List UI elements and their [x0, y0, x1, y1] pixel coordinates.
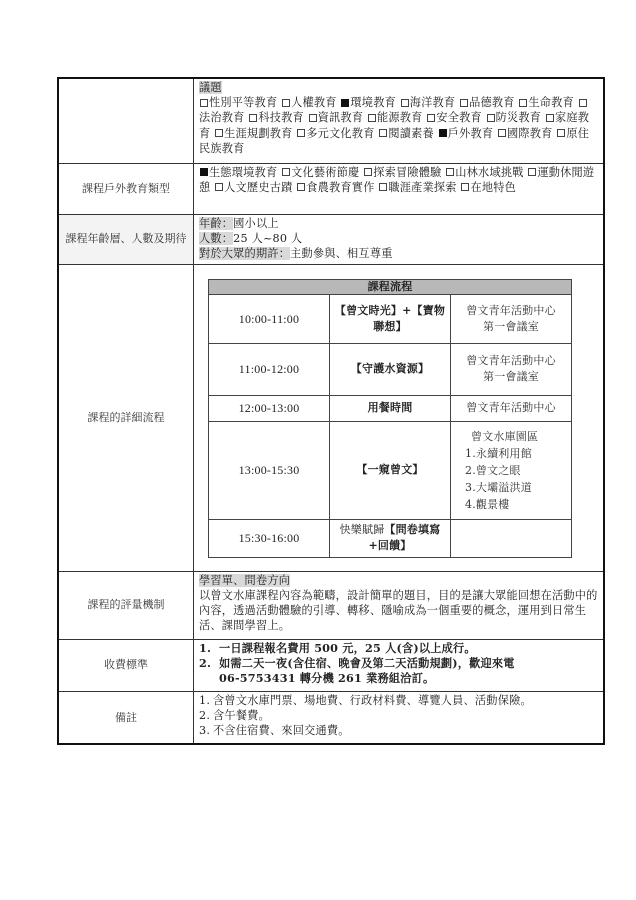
outdoor-type-option-label: 食農教育實作	[306, 181, 374, 194]
age-cell: 年齡：國小以上 人數：25 人~80 人 對於大眾的期許：主動參與、相互尊重	[194, 214, 605, 264]
schedule-row-3: 12:00-13:00 用餐時間 曾文青年活動中心	[209, 395, 572, 421]
checkbox-unchecked-icon[interactable]	[427, 114, 435, 122]
topic-option-label: 科技教育	[258, 111, 304, 124]
checkbox-unchecked-icon[interactable]	[282, 168, 290, 176]
schedule-location	[451, 519, 572, 557]
outdoor-type-option[interactable]: 山林水域挑戰	[445, 166, 523, 179]
topic-option-label: 防災教育	[496, 111, 542, 124]
count-label: 人數：	[199, 232, 233, 245]
outdoor-type-option[interactable]: 食農教育實作	[296, 181, 374, 194]
schedule-row-1: 10:00-11:00 【曾文時光】+【寶物聯想】 曾文青年活動中心 第一會議室	[209, 294, 572, 343]
checkbox-unchecked-icon[interactable]	[546, 114, 554, 122]
schedule-location: 曾文水庫園區 1.永續利用館 2.曾文之眼 3.大壩溢洪道 4.觀景樓	[451, 421, 572, 519]
location-line: 曾文青年活動中心	[454, 353, 568, 369]
checkbox-unchecked-icon[interactable]	[460, 99, 468, 107]
topic-option-label: 法治教育	[199, 111, 245, 124]
schedule-table: 課程流程 10:00-11:00 【曾文時光】+【寶物聯想】 曾文青年活動中心 …	[208, 279, 572, 558]
checkbox-checked-icon[interactable]	[200, 168, 208, 176]
evaluation-row-label: 課程的評量機制	[58, 571, 194, 639]
checkbox-unchecked-icon[interactable]	[498, 129, 506, 137]
outdoor-type-option[interactable]: 探索冒險體驗	[363, 166, 441, 179]
schedule-activity: 【守護水資源】	[330, 343, 451, 395]
outdoor-type-option-label: 山林水域挑戰	[455, 166, 523, 179]
outdoor-type-option-label: 生態環境教育	[209, 166, 277, 179]
notes-row: 備註 1.含曾文水庫門票、場地費、行政材料費、導覽人員、活動保險。 2.含午餐費…	[58, 691, 604, 744]
location-line: 曾文水庫園區	[465, 428, 568, 445]
topics-cell: 議題 性別平等教育 人權教育 環境教育 海洋教育 品德教育 生命教育 法治教育 …	[194, 78, 605, 163]
schedule-table-title: 課程流程	[209, 279, 572, 294]
checkbox-unchecked-icon[interactable]	[249, 114, 257, 122]
outdoor-type-option-label: 職涯產業探索	[388, 181, 456, 194]
evaluation-cell: 學習單、問卷方向 以曾文水庫課程內容為範疇，設計簡單的題目，目的是讓大眾能回想在…	[194, 571, 605, 639]
schedule-time: 11:00-12:00	[209, 343, 330, 395]
checkbox-unchecked-icon[interactable]	[446, 168, 454, 176]
topic-option-label: 環境教育	[350, 96, 396, 109]
checkbox-unchecked-icon[interactable]	[215, 183, 223, 191]
fee-cell: 1.一日課程報名費用 500 元，25 人(含)以上成行。 2.如需二天一夜(含…	[194, 639, 605, 691]
topic-option-label: 閱讀素養	[388, 127, 434, 140]
checkbox-unchecked-icon[interactable]	[557, 129, 565, 137]
topic-option[interactable]: 性別平等教育	[199, 96, 277, 109]
topics-row-label	[58, 78, 194, 163]
topic-option-label: 多元文化教育	[306, 127, 374, 140]
expectation-label: 對於大眾的期許：	[199, 247, 290, 260]
location-line: 第一會議室	[454, 319, 568, 335]
location-line: 2.曾文之眼	[465, 462, 568, 479]
topic-option[interactable]: 人權教育	[281, 96, 337, 109]
schedule-row-label: 課程的詳細流程	[58, 264, 194, 571]
topics-checkbox-list: 性別平等教育 人權教育 環境教育 海洋教育 品德教育 生命教育 法治教育 科技教…	[199, 96, 589, 155]
expectation-value: 主動參與、相互尊重	[290, 247, 393, 260]
checkbox-unchecked-icon[interactable]	[487, 114, 495, 122]
outdoor-type-cell: 生態環境教育 文化藝術節慶 探索冒險體驗 山林水域挑戰 運動休閒遊憩 人文歷史古…	[194, 163, 605, 214]
schedule-time: 15:30-16:00	[209, 519, 330, 557]
topic-option-label: 國際教育	[507, 127, 553, 140]
course-info-table: 議題 性別平等教育 人權教育 環境教育 海洋教育 品德教育 生命教育 法治教育 …	[57, 77, 605, 745]
topic-option-label: 資訊教育	[318, 111, 364, 124]
topic-option[interactable]: 環境教育	[340, 96, 396, 109]
schedule-location: 曾文青年活動中心 第一會議室	[451, 343, 572, 395]
age-label: 年齡：	[199, 217, 233, 230]
note-item-3: 3.不含住宿費、來回交通費。	[199, 723, 598, 738]
schedule-time: 13:00-15:30	[209, 421, 330, 519]
topic-option[interactable]: 品德教育	[459, 96, 515, 109]
location-line: 曾文青年活動中心	[454, 303, 568, 319]
schedule-row-2: 11:00-12:00 【守護水資源】 曾文青年活動中心 第一會議室	[209, 343, 572, 395]
checkbox-unchecked-icon[interactable]	[364, 168, 372, 176]
topic-option-label: 能源教育	[377, 111, 423, 124]
topic-option[interactable]: 能源教育	[367, 111, 423, 124]
fee-row: 收費標準 1.一日課程報名費用 500 元，25 人(含)以上成行。 2.如需二…	[58, 639, 604, 691]
schedule-location: 曾文青年活動中心 第一會議室	[451, 294, 572, 343]
topic-option-label: 海洋教育	[410, 96, 456, 109]
topic-option[interactable]: 生命教育	[518, 96, 574, 109]
checkbox-unchecked-icon[interactable]	[297, 183, 305, 191]
topic-option[interactable]: 國際教育	[497, 127, 553, 140]
activity-prefix: 快樂賦歸	[340, 523, 385, 536]
outdoor-type-label: 課程戶外教育類型	[58, 163, 194, 214]
document-page: 議題 性別平等教育 人權教育 環境教育 海洋教育 品德教育 生命教育 法治教育 …	[0, 0, 636, 900]
outdoor-type-option-label: 文化藝術節慶	[291, 166, 359, 179]
topic-option-label: 安全教育	[436, 111, 482, 124]
topic-option-label: 性別平等教育	[209, 96, 277, 109]
age-row-label: 課程年齡層、人數及期待	[58, 214, 194, 264]
checkbox-checked-icon[interactable]	[439, 129, 447, 137]
schedule-time: 10:00-11:00	[209, 294, 330, 343]
outdoor-type-option-label: 人文歷史古蹟	[224, 181, 292, 194]
checkbox-unchecked-icon[interactable]	[519, 99, 527, 107]
outdoor-type-option-label: 在地特色	[470, 181, 516, 194]
outdoor-type-option[interactable]: 生態環境教育	[199, 166, 277, 179]
topic-option-label: 生涯規劃教育	[224, 127, 292, 140]
topic-option[interactable]: 海洋教育	[400, 96, 456, 109]
evaluation-heading: 學習單、問卷方向	[199, 574, 290, 587]
location-line: 3.大壩溢洪道	[465, 479, 568, 496]
fee-item-1: 1.一日課程報名費用 500 元，25 人(含)以上成行。	[199, 641, 598, 656]
schedule-activity: 用餐時間	[330, 395, 451, 421]
outdoor-type-checkbox-list: 生態環境教育 文化藝術節慶 探索冒險體驗 山林水域挑戰 運動休閒遊憩 人文歷史古…	[199, 166, 594, 194]
checkbox-unchecked-icon[interactable]	[309, 114, 317, 122]
checkbox-unchecked-icon[interactable]	[579, 99, 587, 107]
topic-option[interactable]: 閱讀素養	[378, 127, 434, 140]
notes-cell: 1.含曾文水庫門票、場地費、行政材料費、導覽人員、活動保險。 2.含午餐費。 3…	[194, 691, 605, 744]
location-line: 第一會議室	[454, 369, 568, 385]
outdoor-type-option[interactable]: 職涯產業探索	[378, 181, 456, 194]
outdoor-type-row: 課程戶外教育類型 生態環境教育 文化藝術節慶 探索冒險體驗 山林水域挑戰 運動休…	[58, 163, 604, 214]
checkbox-checked-icon[interactable]	[341, 99, 349, 107]
topic-option[interactable]: 安全教育	[426, 111, 482, 124]
fee-item-2-contact: 06-5753431 轉分機 261 業務組洽訂。	[199, 671, 598, 686]
notes-row-label: 備註	[58, 691, 194, 744]
age-row: 課程年齡層、人數及期待 年齡：國小以上 人數：25 人~80 人 對於大眾的期許…	[58, 214, 604, 264]
topic-option[interactable]: 生涯規劃教育	[214, 127, 292, 140]
checkbox-unchecked-icon[interactable]	[297, 129, 305, 137]
topics-heading: 議題	[199, 81, 222, 94]
outdoor-type-option[interactable]: 文化藝術節慶	[281, 166, 359, 179]
location-line: 4.觀景樓	[465, 496, 568, 513]
schedule-row: 課程的詳細流程 課程流程 10:00-11:00 【曾文時光】+【寶物聯想】 曾…	[58, 264, 604, 571]
topics-row: 議題 性別平等教育 人權教育 環境教育 海洋教育 品德教育 生命教育 法治教育 …	[58, 78, 604, 163]
checkbox-unchecked-icon[interactable]	[401, 99, 409, 107]
location-line: 1.永續利用館	[465, 445, 568, 462]
topic-option[interactable]: 科技教育	[248, 111, 304, 124]
topic-option-label: 生命教育	[528, 96, 574, 109]
checkbox-unchecked-icon[interactable]	[200, 99, 208, 107]
topic-option[interactable]: 資訊教育	[308, 111, 364, 124]
outdoor-type-option[interactable]: 人文歷史古蹟	[214, 181, 292, 194]
checkbox-unchecked-icon[interactable]	[215, 129, 223, 137]
topic-option-label: 品德教育	[469, 96, 515, 109]
schedule-cell: 課程流程 10:00-11:00 【曾文時光】+【寶物聯想】 曾文青年活動中心 …	[194, 264, 605, 571]
checkbox-unchecked-icon[interactable]	[528, 168, 536, 176]
schedule-row-5: 15:30-16:00 快樂賦歸【問卷填寫+回饋】	[209, 519, 572, 557]
outdoor-type-option[interactable]: 在地特色	[460, 181, 516, 194]
schedule-activity: 快樂賦歸【問卷填寫+回饋】	[330, 519, 451, 557]
schedule-location: 曾文青年活動中心	[451, 395, 572, 421]
schedule-activity: 【曾文時光】+【寶物聯想】	[330, 294, 451, 343]
checkbox-unchecked-icon[interactable]	[379, 129, 387, 137]
fee-item-2: 2.如需二天一夜(含住宿、晚會及第二天活動規劃)，歡迎來電	[199, 656, 598, 671]
topic-option[interactable]: 防災教育	[486, 111, 542, 124]
topic-option[interactable]: 戶外教育	[438, 127, 494, 140]
schedule-row-4: 13:00-15:30 【一窺曾文】 曾文水庫園區 1.永續利用館 2.曾文之眼…	[209, 421, 572, 519]
schedule-activity: 【一窺曾文】	[330, 421, 451, 519]
checkbox-unchecked-icon[interactable]	[379, 183, 387, 191]
location-line: 曾文青年活動中心	[454, 400, 568, 416]
checkbox-unchecked-icon[interactable]	[282, 99, 290, 107]
fee-row-label: 收費標準	[58, 639, 194, 691]
topic-option-label: 戶外教育	[448, 127, 494, 140]
checkbox-unchecked-icon[interactable]	[461, 183, 469, 191]
evaluation-row: 課程的評量機制 學習單、問卷方向 以曾文水庫課程內容為範疇，設計簡單的題目，目的…	[58, 571, 604, 639]
topic-option[interactable]: 多元文化教育	[296, 127, 374, 140]
schedule-time: 12:00-13:00	[209, 395, 330, 421]
count-value: 25 人~80 人	[233, 232, 302, 245]
note-item-2: 2.含午餐費。	[199, 708, 598, 723]
outdoor-type-option-label: 探索冒險體驗	[373, 166, 441, 179]
checkbox-unchecked-icon[interactable]	[368, 114, 376, 122]
evaluation-text: 以曾文水庫課程內容為範疇，設計簡單的題目，目的是讓大眾能回想在活動中的內容，透過…	[199, 588, 598, 634]
topic-option-label: 人權教育	[291, 96, 337, 109]
note-item-1: 1.含曾文水庫門票、場地費、行政材料費、導覽人員、活動保險。	[199, 693, 598, 708]
age-value: 國小以上	[233, 217, 279, 230]
